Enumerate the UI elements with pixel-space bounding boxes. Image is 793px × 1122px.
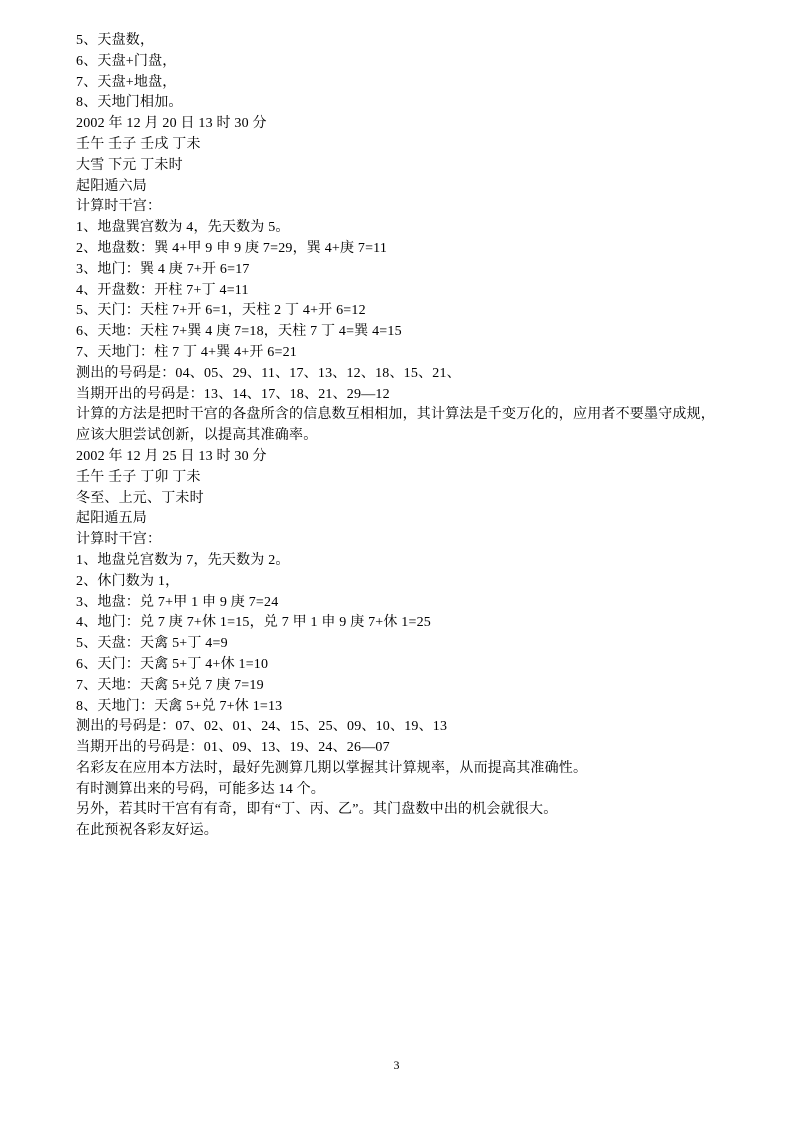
date-heading: 2002 年 12 月 25 日 13 时 30 分 bbox=[76, 447, 726, 468]
predicted-numbers: 测出的号码是：07、02、01、24、15、25、09、10、19、13 bbox=[76, 717, 726, 738]
drawn-numbers: 当期开出的号码是：13、14、17、18、21、29—12 bbox=[76, 385, 726, 406]
text-line: 1、地盘兑宫数为 7，先天数为 2。 bbox=[76, 551, 726, 572]
document-body: 5、天盘数， 6、天盘+门盘， 7、天盘+地盘， 8、天地门相加。 2002 年… bbox=[76, 31, 726, 842]
text-line: 3、地盘：兑 7+甲 1 申 9 庚 7=24 bbox=[76, 593, 726, 614]
text-line: 7、天地门：柱 7 丁 4+巽 4+开 6=21 bbox=[76, 343, 726, 364]
text-line: 6、天门：天禽 5+丁 4+休 1=10 bbox=[76, 655, 726, 676]
text-line: 壬午 壬子 丁卯 丁未 bbox=[76, 468, 726, 489]
text-line: 8、天地门相加。 bbox=[76, 93, 726, 114]
text-line: 应该大胆尝试创新，以提高其准确率。 bbox=[76, 426, 726, 447]
text-line: 4、地门：兑 7 庚 7+休 1=15，兑 7 甲 1 申 9 庚 7+休 1=… bbox=[76, 613, 726, 634]
page-number: 3 bbox=[0, 1058, 793, 1073]
text-line: 5、天盘：天禽 5+丁 4=9 bbox=[76, 634, 726, 655]
text-line: 2、休门数为 1， bbox=[76, 572, 726, 593]
drawn-numbers: 当期开出的号码是：01、09、13、19、24、26—07 bbox=[76, 738, 726, 759]
text-line: 计算时干宫： bbox=[76, 530, 726, 551]
text-line: 5、天盘数， bbox=[76, 31, 726, 52]
text-line: 壬午 壬子 壬戌 丁未 bbox=[76, 135, 726, 156]
text-line: 6、天地：天柱 7+巽 4 庚 7=18，天柱 7 丁 4=巽 4=15 bbox=[76, 322, 726, 343]
text-line: 8、天地门：天禽 5+兑 7+休 1=13 bbox=[76, 697, 726, 718]
text-line: 6、天盘+门盘， bbox=[76, 52, 726, 73]
text-line: 有时测算出来的号码，可能多达 14 个。 bbox=[76, 780, 726, 801]
text-line: 起阳遁五局 bbox=[76, 509, 726, 530]
text-line: 名彩友在应用本方法时，最好先测算几期以掌握其计算规率，从而提高其准确性。 bbox=[76, 759, 726, 780]
text-line: 另外，若其时干宫有有奇，即有“丁、丙、乙”。其门盘数中出的机会就很大。 bbox=[76, 800, 726, 821]
text-line: 冬至、上元、丁未时 bbox=[76, 489, 726, 510]
text-line: 7、天盘+地盘， bbox=[76, 73, 726, 94]
text-line: 7、天地：天禽 5+兑 7 庚 7=19 bbox=[76, 676, 726, 697]
text-line: 计算时干宫： bbox=[76, 197, 726, 218]
text-line: 3、地门：巽 4 庚 7+开 6=17 bbox=[76, 260, 726, 281]
date-heading: 2002 年 12 月 20 日 13 时 30 分 bbox=[76, 114, 726, 135]
predicted-numbers: 测出的号码是：04、05、29、11、17、13、12、18、15、21、 bbox=[76, 364, 726, 385]
text-line: 在此预祝各彩友好运。 bbox=[76, 821, 726, 842]
text-line: 大雪 下元 丁未时 bbox=[76, 156, 726, 177]
text-line: 2、地盘数：巽 4+甲 9 申 9 庚 7=29，巽 4+庚 7=11 bbox=[76, 239, 726, 260]
text-line: 起阳遁六局 bbox=[76, 177, 726, 198]
text-line: 4、开盘数：开柱 7+丁 4=11 bbox=[76, 281, 726, 302]
text-line: 5、天门：天柱 7+开 6=1，天柱 2 丁 4+开 6=12 bbox=[76, 301, 726, 322]
text-line: 计算的方法是把时干宫的各盘所含的信息数互相相加，其计算法是千变万化的，应用者不要… bbox=[76, 405, 726, 426]
text-line: 1、地盘巽宫数为 4，先天数为 5。 bbox=[76, 218, 726, 239]
